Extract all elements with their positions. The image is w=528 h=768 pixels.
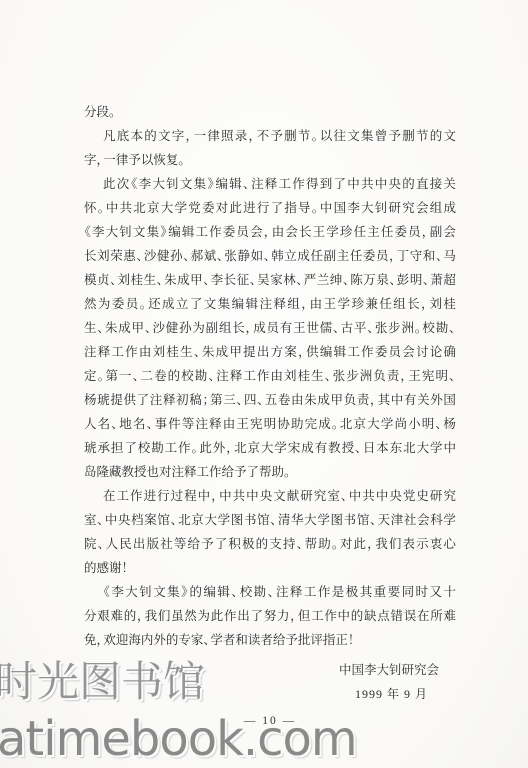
signature-date: 1999 年 9 月 [84, 682, 456, 706]
text-block: 分段。凡底本的文字，一律照录，不予删节。以往文集曾予删节的文字，一律予以恢复。此… [84, 100, 456, 652]
text-line: 生、朱成甲、沙健孙为副组长，成员有王世儒、古平、张步洲。校勘、 [84, 316, 456, 340]
text-line: 在工作进行过程中，中共中央文献研究室、中共中央党史研究 [84, 484, 456, 508]
text-line: 注释工作由刘桂生、朱成甲提出方案，供编辑工作委员会讨论确 [84, 340, 456, 364]
text-line: 免，欢迎海内外的专家、学者和读者给予批评指正！ [84, 628, 456, 652]
signature-org: 中国李大钊研究会 [84, 658, 456, 682]
text-line: 人名、地名、事件等注释由王宪明协助完成。北京大学尚小明、杨 [84, 412, 456, 436]
text-line: 琥承担了校勘工作。此外，北京大学宋成有教授、日本东北大学中 [84, 436, 456, 460]
signature-block: 中国李大钊研究会 1999 年 9 月 [84, 658, 456, 706]
page-number: — 10 — [84, 712, 456, 730]
text-line: 分段。 [84, 100, 456, 124]
text-line: 然为委员。还成立了文集编辑注释组，由王学珍兼任组长，刘桂 [84, 292, 456, 316]
text-line: 定。第一、二卷的校勘、注释工作由刘桂生、张步洲负责，王宪明、 [84, 364, 456, 388]
text-line: 字，一律予以恢复。 [84, 148, 456, 172]
text-line: 长刘荣惠、沙健孙、郝斌、张静如、韩立成任副主任委员，丁守和、马 [84, 244, 456, 268]
text-line: 凡底本的文字，一律照录，不予删节。以往文集曾予删节的文 [84, 124, 456, 148]
text-line: 《李大钊文集》的编辑、校勘、注释工作是极其重要同时又十 [84, 580, 456, 604]
text-line: 岛隆藏教授也对注释工作给予了帮助。 [84, 460, 456, 484]
text-line: 怀。中共北京大学党委对此进行了指导。中国李大钊研究会组成 [84, 196, 456, 220]
text-line: 此次《李大钊文集》编辑、注释工作得到了中共中央的直接关 [84, 172, 456, 196]
text-line: 《李大钊文集》编辑工作委员会，由会长王学珍任主任委员，副会 [84, 220, 456, 244]
text-line: 的感谢！ [84, 556, 456, 580]
text-line: 模贞、刘桂生、朱成甲、李长征、吴家林、严兰绅、陈万泉、彭明、萧超 [84, 268, 456, 292]
text-line: 杨琥提供了注释初稿；第三、四、五卷由朱成甲负责，其中有关外国 [84, 388, 456, 412]
text-line: 院、人民出版社等给予了积极的支持、帮助。对此，我们表示衷心 [84, 532, 456, 556]
text-line: 室、中央档案馆、北京大学图书馆、清华大学图书馆、天津社会科学 [84, 508, 456, 532]
text-line: 分艰难的，我们虽然为此作出了努力，但工作中的缺点错误在所难 [84, 604, 456, 628]
